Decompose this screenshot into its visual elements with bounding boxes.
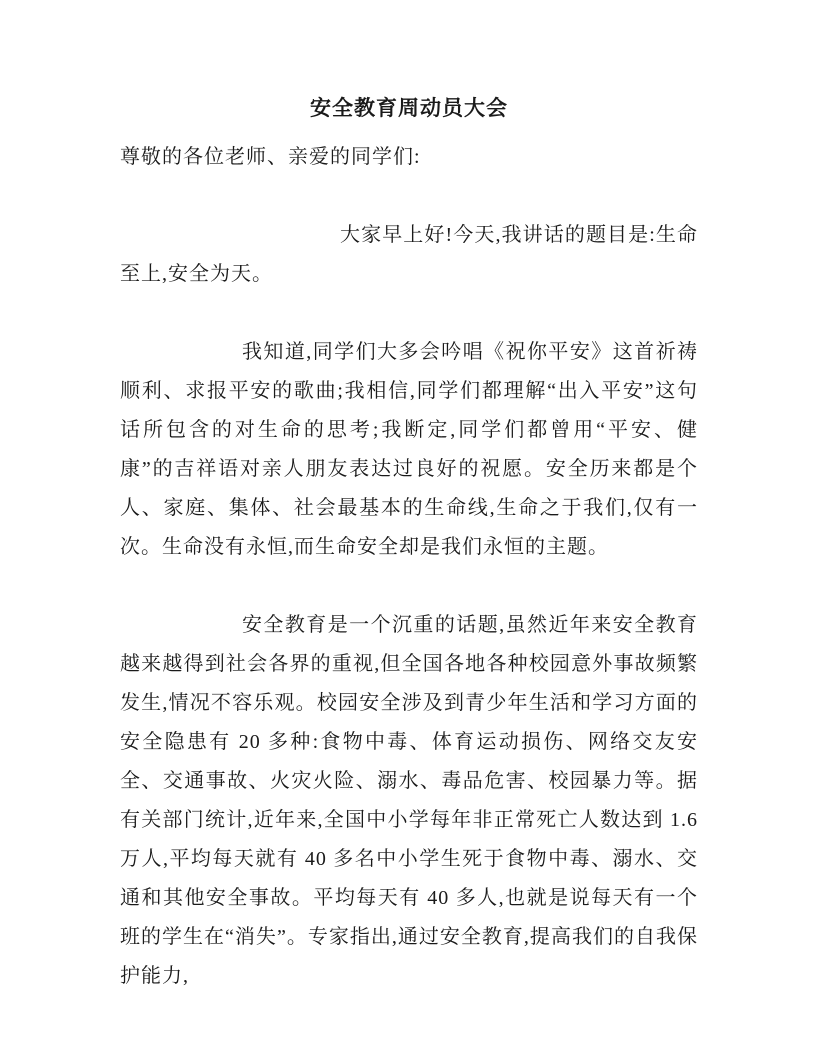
document-page: 安全教育周动员大会 尊敬的各位老师、亲爱的同学们: 大家早上好!今天,我讲话的题… bbox=[0, 0, 816, 1056]
document-title: 安全教育周动员大会 bbox=[120, 89, 698, 128]
document-content: 安全教育周动员大会 尊敬的各位老师、亲爱的同学们: 大家早上好!今天,我讲话的题… bbox=[120, 89, 698, 996]
paragraph-body-1: 我知道,同学们大多会吟唱《祝你平安》这首祈祷顺利、求报平安的歌曲;我相信,同学们… bbox=[120, 333, 698, 567]
paragraph-opening: 大家早上好!今天,我讲话的题目是:生命至上,安全为天。 bbox=[120, 216, 698, 294]
salutation-line: 尊敬的各位老师、亲爱的同学们: bbox=[120, 138, 698, 177]
paragraph-body-2: 安全教育是一个沉重的话题,虽然近年来安全教育越来越得到社会各界的重视,但全国各地… bbox=[120, 606, 698, 996]
